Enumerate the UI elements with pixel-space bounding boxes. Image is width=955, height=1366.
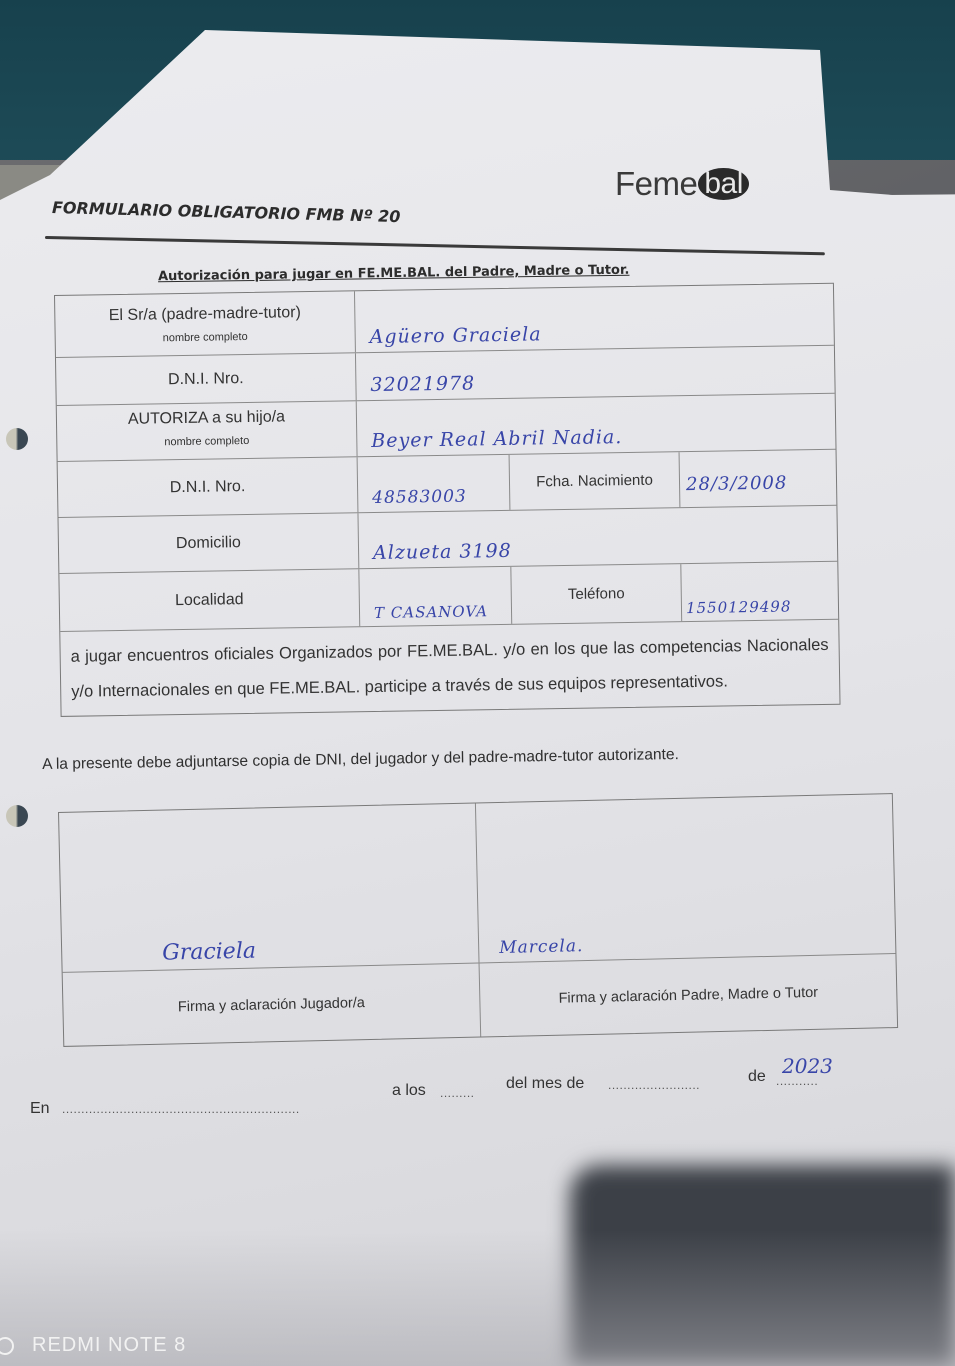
birth-date-value: 28/3/2008 (686, 473, 788, 496)
camera-watermark-text: REDMI NOTE 8 (32, 1334, 186, 1357)
child-dni-label: D.N.I. Nro. (58, 457, 359, 517)
address-field[interactable]: Alzueta 3198 (358, 506, 837, 569)
player-signature-column: Graciela Firma y aclaración Jugador/a (59, 804, 481, 1046)
parent-name-field[interactable]: Agüero Graciela (355, 284, 834, 353)
parent-sublabel: nombre completo (55, 321, 354, 346)
date-de-label: de (748, 1068, 766, 1086)
parent-label: El Sr/a (padre-madre-tutor) (55, 291, 354, 326)
player-signature: Graciela (162, 939, 256, 966)
authorization-text: a jugar encuentros oficiales Organizados… (60, 620, 839, 716)
player-signature-field[interactable]: Graciela (59, 804, 479, 973)
birth-date-label: Fcha. Nacimiento (510, 452, 681, 510)
child-dni-field[interactable]: 48583003 (358, 455, 511, 512)
parent-name-value: Agüero Graciela (370, 323, 542, 348)
date-del-mes-label: del mes de (506, 1075, 584, 1093)
date-place-field[interactable]: ........................................… (62, 1102, 300, 1116)
date-en-label: En (30, 1100, 50, 1118)
date-year-value: 2023 (782, 1054, 833, 1078)
city-field[interactable]: T CASANOVA (359, 567, 512, 626)
child-name-field[interactable]: Beyer Real Abril Nadia. (357, 394, 836, 457)
punch-hole-icon (6, 805, 28, 827)
parent-signature-column: Marcela. Firma y aclaración Padre, Madre… (476, 794, 897, 1036)
parent-signature: Marcela. (499, 936, 584, 958)
phone-value: 1550129498 (686, 597, 792, 617)
logo-text: Feme (615, 165, 697, 203)
city-label: Localidad (59, 569, 360, 631)
phone-label: Teléfono (511, 564, 682, 624)
parent-label-cell: El Sr/a (padre-madre-tutor) nombre compl… (55, 291, 356, 357)
parent-signature-field[interactable]: Marcela. (476, 794, 896, 963)
child-name-value: Beyer Real Abril Nadia. (371, 426, 622, 452)
parent-dni-label: D.N.I. Nro. (56, 353, 357, 405)
parent-signature-caption: Firma y aclaración Padre, Madre o Tutor (480, 954, 898, 1036)
address-label: Domicilio (59, 513, 360, 573)
child-sublabel: nombre completo (57, 425, 356, 450)
signature-table: Graciela Firma y aclaración Jugador/a Ma… (58, 793, 898, 1047)
authorization-table: El Sr/a (padre-madre-tutor) nombre compl… (54, 283, 841, 717)
authorization-text-row: a jugar encuentros oficiales Organizados… (60, 620, 839, 716)
parent-dni-field[interactable]: 32021978 (356, 346, 835, 401)
birth-date-field[interactable]: 28/3/2008 (680, 450, 837, 507)
femebal-logo: Feme bal (615, 165, 749, 203)
camera-lens-icon (0, 1337, 14, 1355)
date-a-los-label: a los (392, 1082, 426, 1100)
date-day-field[interactable]: ......... (440, 1086, 475, 1100)
date-month-field[interactable]: ........................ (608, 1078, 700, 1092)
logo-badge: bal (698, 168, 749, 200)
phone-field[interactable]: 1550129498 (681, 562, 838, 621)
date-line: En .....................................… (30, 1060, 850, 1120)
address-value: Alzueta 3198 (373, 540, 512, 564)
parent-dni-value: 32021978 (370, 372, 475, 396)
camera-watermark: REDMI NOTE 8 (0, 1334, 186, 1357)
city-value: T CASANOVA (374, 602, 488, 622)
child-dni-value: 48583003 (372, 487, 467, 508)
punch-hole-icon (6, 428, 28, 450)
child-label-cell: AUTORIZA a su hijo/a nombre completo (57, 401, 358, 461)
player-signature-caption: Firma y aclaración Jugador/a (63, 963, 481, 1045)
